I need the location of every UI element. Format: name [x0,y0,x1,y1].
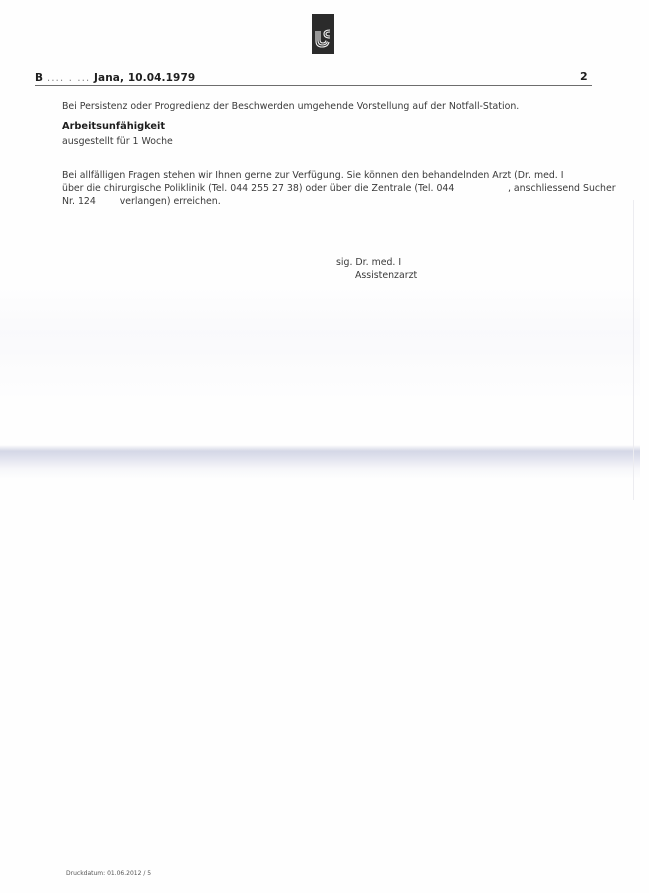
contact-line: Nr. 124 verlangen) erreichen. [62,195,616,208]
scan-artifact [0,285,640,405]
patient-name-initial: B [35,72,43,84]
print-date: Druckdatum: 01.06.2012 / 5 [66,870,151,877]
patient-name-and-birthdate: Jana, 10.04.1979 [94,72,195,84]
section-title: Arbeitsunfähigkeit [62,120,165,133]
document-page: B .... . ... Jana, 10.04.1979 2 Bei Pers… [0,0,649,893]
patient-header: B .... . ... Jana, 10.04.1979 [35,72,195,84]
instruction-text: Bei Persistenz oder Progredienz der Besc… [62,100,519,113]
paper-fold-shadow [0,445,640,479]
patient-name-redacted: .... . ... [47,72,90,84]
signature-line: sig. Dr. med. I [336,256,401,269]
page-edge [633,200,634,500]
header-divider [35,85,592,86]
page-number: 2 [580,70,588,83]
contact-paragraph: Bei allfälligen Fragen stehen wir Ihnen … [62,169,616,208]
signature-title: Assistenzarzt [355,269,417,282]
section-text: ausgestellt für 1 Woche [62,135,173,148]
contact-line: über die chirurgische Poliklinik (Tel. 0… [62,182,616,195]
hospital-logo-icon [312,14,334,54]
contact-line: Bei allfälligen Fragen stehen wir Ihnen … [62,169,616,182]
